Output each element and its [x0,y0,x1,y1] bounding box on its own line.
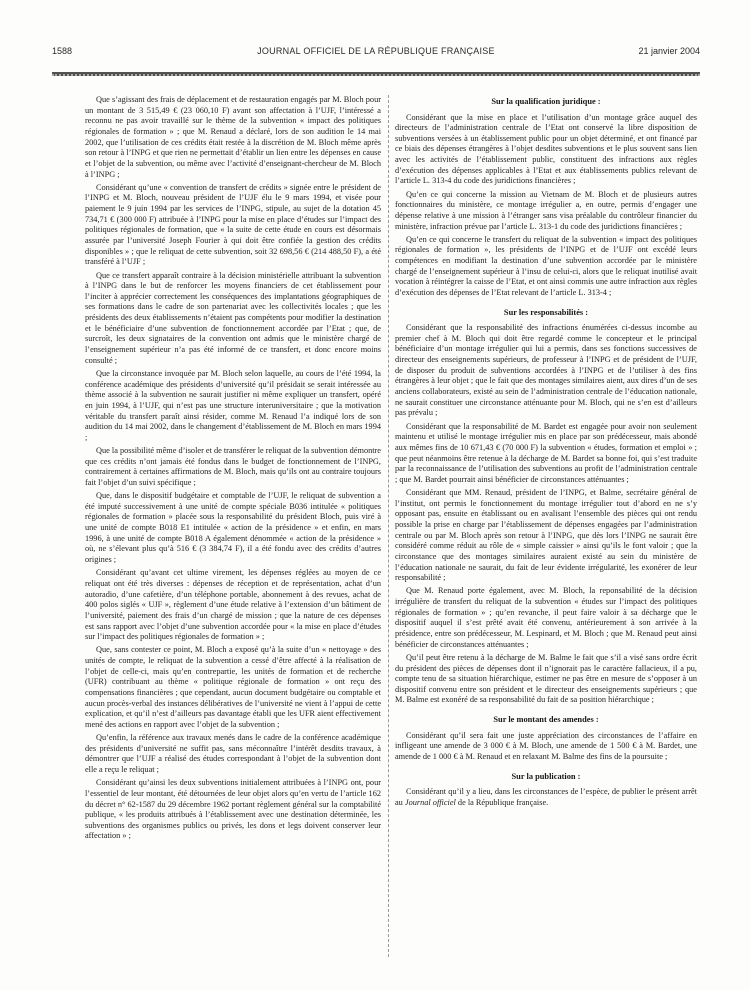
paragraph: Considérant que la responsabilité des in… [395,323,697,419]
paragraph: Que, sans contester ce point, M. Bloch a… [85,645,381,730]
paragraph: Considérant qu’il sera fait une juste ap… [395,731,697,763]
header-rule [52,72,700,76]
publication-journal-officiel-italic: Journal officiel [405,798,456,807]
paragraph: Qu’en ce qui concerne la mission au Viet… [395,190,697,233]
text-columns: Que s’agissant des frais de déplacement … [85,95,697,957]
column-gap [381,95,395,957]
paragraph-publication: Considérant qu’il y a lieu, dans les cir… [395,787,697,808]
journal-title: JOURNAL OFFICIEL DE LA RÉPUBLIQUE FRANÇA… [162,46,590,56]
section-heading-responsabilites: Sur les responsabilités : [395,308,697,319]
section-heading-publication: Sur la publication : [395,772,697,783]
page-number: 1588 [52,46,162,56]
paragraph: Que ce transfert apparaît contraire à la… [85,271,381,367]
paragraph: Considérant que la responsabilité de M. … [395,422,697,486]
journal-officiel-page: 1588 JOURNAL OFFICIEL DE LA RÉPUBLIQUE F… [0,0,750,990]
paragraph: Que s’agissant des frais de déplacement … [85,95,381,180]
paragraph: Qu’enfin, la référence aux travaux menés… [85,733,381,776]
right-column: Sur la qualification juridique : Considé… [395,95,697,957]
paragraph: Considérant qu’ainsi les deux subvention… [85,778,381,842]
paragraph: Considérant qu’une « convention de trans… [85,183,381,268]
paragraph: Que M. Renaud porte également, avec M. B… [395,586,697,650]
paragraph: Considérant que MM. Renaud, président de… [395,488,697,584]
page-header: 1588 JOURNAL OFFICIEL DE LA RÉPUBLIQUE F… [52,46,700,56]
left-column: Que s’agissant des frais de déplacement … [85,95,381,957]
paragraph: Qu’il peut être retenu à la décharge de … [395,653,697,706]
paragraph: Considérant que la mise en place et l’ut… [395,113,697,188]
section-heading-qualification-juridique: Sur la qualification juridique : [395,97,697,108]
column-divider [388,95,389,957]
paragraph: Que la possibilité même d’isoler et de t… [85,446,381,489]
publication-text-suffix: de la République française. [456,798,548,807]
paragraph: Que, dans le dispositif budgétaire et co… [85,491,381,566]
issue-date: 21 janvier 2004 [590,46,700,56]
paragraph: Considérant qu’avant cet ultime virement… [85,568,381,643]
paragraph: Qu’en ce qui concerne le transfert du re… [395,235,697,299]
section-heading-montant-amendes: Sur le montant des amendes : [395,715,697,726]
paragraph: Que la circonstance invoquée par M. Bloc… [85,369,381,444]
